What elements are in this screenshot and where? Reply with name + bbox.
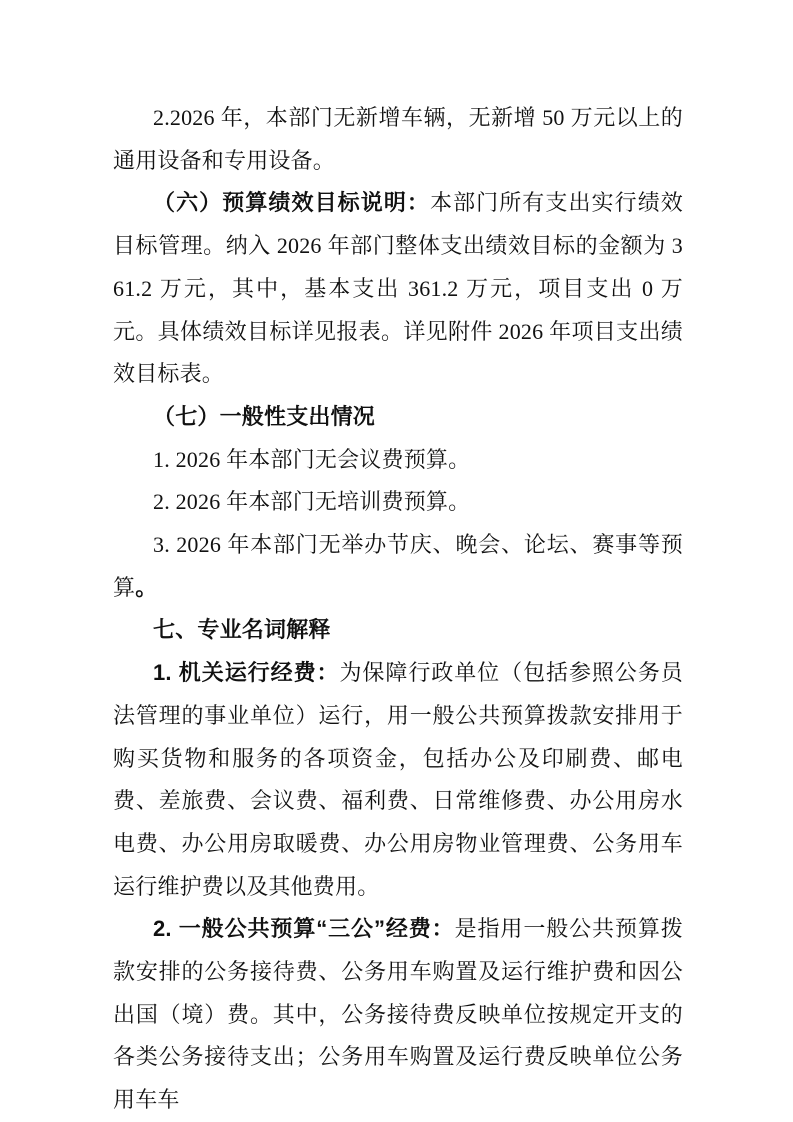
para-no-training-fee-budget-run-0: 2. 2026 年本部门无培训费预算。 [153,489,470,514]
para-agency-operating-expenses-run-0: 1. 机关运行经费： [153,660,339,685]
heading-terminology-run-0: 七、专业名词解释 [153,617,331,642]
heading-general-expenditure-run-0: （七）一般性支出情况 [153,404,375,429]
para-no-meeting-fee-budget-run-0: 1. 2026 年本部门无会议费预算。 [153,447,470,472]
para-no-training-fee-budget: 2. 2026 年本部门无培训费预算。 [113,481,683,524]
document-body: 2.2026 年，本部门无新增车辆，无新增 50 万元以上的通用设备和专用设备。… [113,97,683,1122]
para-three-public-expenses-run-1: 是指用一般公共预算拨款安排的公务接待费、公务用车购置及运行维护费和因公出国（境）… [113,916,683,1112]
para-no-new-vehicles: 2.2026 年，本部门无新增车辆，无新增 50 万元以上的通用设备和专用设备。 [113,97,683,182]
para-budget-performance-targets-run-0: （六）预算绩效目标说明： [153,190,430,215]
heading-terminology: 七、专业名词解释 [113,609,683,652]
para-budget-performance-targets: （六）预算绩效目标说明：本部门所有支出实行绩效目标管理。纳入 2026 年部门整… [113,182,683,396]
para-agency-operating-expenses-run-1: 为保障行政单位（包括参照公务员法管理的事业单位）运行，用一般公共预算拨款安排用于… [113,660,683,899]
para-three-public-expenses-run-0: 2. 一般公共预算“三公”经费： [153,916,455,941]
para-no-meeting-fee-budget: 1. 2026 年本部门无会议费预算。 [113,439,683,482]
para-no-events-budget-run-1: 。 [135,575,157,600]
para-no-events-budget: 3. 2026 年本部门无举办节庆、晚会、论坛、赛事等预算。 [113,524,683,609]
document-page: 2.2026 年，本部门无新增车辆，无新增 50 万元以上的通用设备和专用设备。… [0,0,793,1122]
document-page-background: { "page": { "background_color": "#ffffff… [0,0,793,1122]
heading-general-expenditure: （七）一般性支出情况 [113,396,683,439]
para-no-new-vehicles-run-0: 2.2026 年，本部门无新增车辆，无新增 50 万元以上的通用设备和专用设备。 [113,105,683,173]
para-budget-performance-targets-run-1: 本部门所有支出实行绩效目标管理。纳入 2026 年部门整体支出绩效目标的金额为 … [113,190,683,386]
para-agency-operating-expenses: 1. 机关运行经费：为保障行政单位（包括参照公务员法管理的事业单位）运行，用一般… [113,652,683,908]
para-no-events-budget-run-0: 3. 2026 年本部门无举办节庆、晚会、论坛、赛事等预算 [113,532,683,600]
para-three-public-expenses: 2. 一般公共预算“三公”经费：是指用一般公共预算拨款安排的公务接待费、公务用车… [113,908,683,1122]
